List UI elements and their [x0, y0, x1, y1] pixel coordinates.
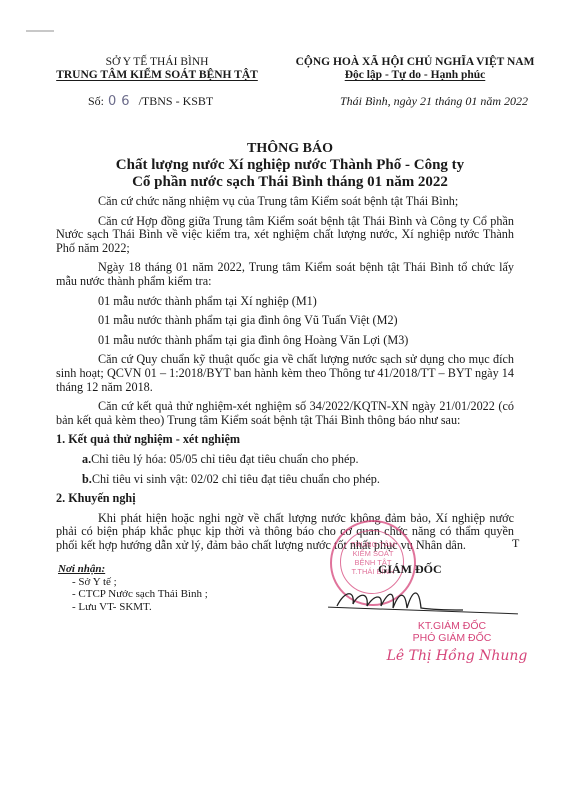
margin-handwritten-mark: Ƭ — [512, 536, 519, 551]
paragraph-recommendation: Khi phát hiện hoặc nghi ngờ về chất lượn… — [56, 512, 514, 553]
recipient-item: - Sở Y tế ; — [58, 576, 208, 589]
signer-role: GIÁM ĐỐC — [378, 562, 442, 577]
sample-item-m1: 01 mẫu nước thành phẩm tại Xí nghiệp (M1… — [56, 295, 514, 309]
scan-artifact — [26, 30, 54, 32]
place-date: Thái Bình, ngày 21 tháng 01 năm 2022 — [340, 94, 528, 109]
recipient-item: - CTCP Nước sạch Thái Bình ; — [58, 588, 208, 601]
national-header: CỘNG HOÀ XÃ HỘI CHỦ NGHĨA VIỆT NAM Độc l… — [284, 56, 546, 82]
result-item-b: b.Chỉ tiêu vi sinh vật: 02/02 chỉ tiêu đ… — [56, 473, 514, 487]
sample-item-m2: 01 mẫu nước thành phẩm tại gia đình ông … — [56, 314, 514, 328]
signer-name: Lê Thị Hồng Nhung — [382, 648, 532, 664]
agency-name: TRUNG TÂM KIỂM SOÁT BỆNH TẬT — [52, 69, 262, 82]
result-a-text: Chỉ tiêu lý hóa: 05/05 chỉ tiêu đạt tiêu… — [91, 452, 358, 466]
section-results-heading: 1. Kết quả thử nghiệm - xét nghiệm — [56, 433, 514, 447]
recipient-item: - Lưu VT- SKMT. — [58, 601, 208, 614]
ministry-name: SỞ Y TẾ THÁI BÌNH — [52, 56, 262, 69]
deputy-title-stamp: KT.GIÁM ĐỐC PHÓ GIÁM ĐỐC — [392, 620, 512, 644]
stamp-line: KIỂM SOÁT — [332, 549, 414, 558]
result-b-text: Chỉ tiêu vi sinh vật: 02/02 chỉ tiêu đạt… — [92, 472, 380, 486]
national-motto: Độc lập - Tự do - Hạnh phúc — [345, 69, 486, 81]
paragraph-standard: Căn cứ Quy chuẩn kỹ thuật quốc gia về ch… — [56, 353, 514, 394]
section-recommendation-heading: 2. Khuyến nghị — [56, 492, 514, 506]
paragraph-legal-basis-2: Căn cứ Hợp đồng giữa Trung tâm Kiểm soát… — [56, 215, 514, 256]
title-line-1: Chất lượng nước Xí nghiệp nước Thành Phố… — [60, 157, 520, 174]
document-body: Căn cứ chức năng nhiệm vụ của Trung tâm … — [56, 195, 514, 558]
paragraph-results-basis: Căn cứ kết quả thử nghiệm-xét nghiệm số … — [56, 400, 514, 427]
paragraph-sampling: Ngày 18 tháng 01 năm 2022, Trung tâm Kiể… — [56, 261, 514, 288]
result-item-a: a.Chỉ tiêu lý hóa: 05/05 chỉ tiêu đạt ti… — [56, 453, 514, 467]
result-b-label: b. — [82, 472, 92, 486]
doc-number-handwritten: 06 — [108, 94, 135, 109]
recipients-block: Nơi nhận: - Sở Y tế ; - CTCP Nước sạch T… — [58, 563, 208, 613]
document-title: THÔNG BÁO Chất lượng nước Xí nghiệp nước… — [60, 140, 520, 191]
document-type: THÔNG BÁO — [60, 140, 520, 157]
recipients-label: Nơi nhận: — [58, 563, 208, 576]
result-a-label: a. — [82, 452, 91, 466]
doc-number-prefix: Số: — [88, 94, 104, 108]
sample-item-m3: 01 mẫu nước thành phẩm tại gia đình ông … — [56, 334, 514, 348]
deputy-line-1: KT.GIÁM ĐỐC — [392, 620, 512, 632]
paragraph-legal-basis-1: Căn cứ chức năng nhiệm vụ của Trung tâm … — [56, 195, 514, 209]
doc-number-suffix: /TBNS - KSBT — [139, 94, 214, 108]
deputy-line-2: PHÓ GIÁM ĐỐC — [392, 632, 512, 644]
document-number: Số:06/TBNS - KSBT — [88, 94, 213, 109]
stamp-line: TRUNG TÂM — [332, 540, 414, 549]
issuer-header: SỞ Y TẾ THÁI BÌNH TRUNG TÂM KIỂM SOÁT BỆ… — [52, 56, 262, 82]
title-line-2: Cổ phần nước sạch Thái Bình tháng 01 năm… — [60, 174, 520, 191]
nation-name: CỘNG HOÀ XÃ HỘI CHỦ NGHĨA VIỆT NAM — [284, 56, 546, 69]
